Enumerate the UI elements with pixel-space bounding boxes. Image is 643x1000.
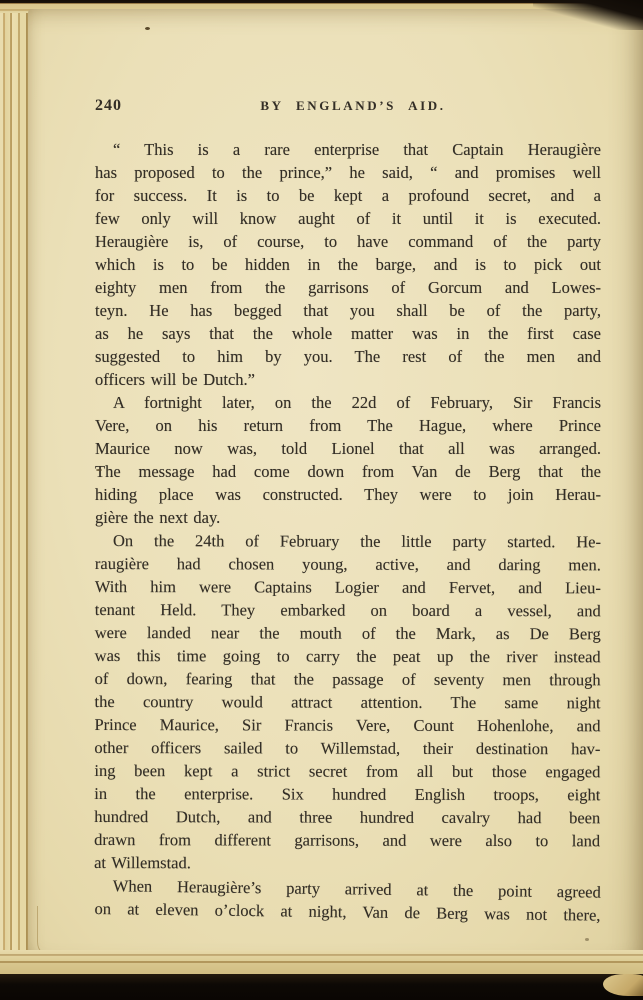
ink-speck — [96, 469, 102, 471]
text-line: “ This is a rare enterprise that Captain… — [95, 138, 601, 161]
text-line: of down, fearing that the passage of sev… — [95, 667, 601, 691]
book-page: 240 BY ENGLAND’S AID. “ This is a rare e… — [28, 9, 643, 969]
text-line: Heraugière is, of course, to have comman… — [95, 230, 601, 253]
text-line: other officers sailed to Willemstad, the… — [94, 736, 600, 760]
text-line: drawn from different garrisons, and were… — [94, 828, 600, 852]
text-line: at Willemstad. — [94, 851, 600, 875]
text-line: was this time going to carry the peat up… — [95, 644, 601, 668]
text-line: A fortnight later, on the 22d of Februar… — [95, 391, 601, 414]
page-edge-stack-bottom — [0, 950, 643, 976]
page-header: 240 BY ENGLAND’S AID. — [95, 97, 601, 121]
cover-corner-topright — [533, 0, 643, 30]
page-text: “ This is a rare enterprise that Captain… — [95, 138, 601, 920]
text-line: Maurice now was, told Lionel that all wa… — [95, 437, 601, 460]
paragraph: A fortnight later, on the 22d of Februar… — [95, 391, 601, 529]
text-line: hiding place was constructed. They were … — [95, 483, 601, 506]
book-cover-bottom — [0, 974, 643, 1000]
ink-speck — [145, 27, 150, 30]
page-content: 240 BY ENGLAND’S AID. “ This is a rare e… — [95, 97, 601, 920]
text-line: eighty men from the garrisons of Gorcum … — [95, 276, 601, 299]
text-line: raugière had chosen young, active, and d… — [95, 552, 601, 576]
page-number: 240 — [95, 97, 175, 115]
text-line: few only will know aught of it until it … — [95, 207, 601, 230]
book-scan: 240 BY ENGLAND’S AID. “ This is a rare e… — [0, 0, 643, 1000]
text-line: suggested to him by you. The rest of the… — [95, 345, 601, 368]
page-edge-stack-left — [0, 4, 30, 970]
text-line: as he says that the whole matter was in … — [95, 322, 601, 345]
text-line: officers will be Dutch.” — [95, 368, 601, 391]
text-line: in the enterprise. Six hundred English t… — [94, 782, 600, 806]
text-line: for success. It is to be kept a profound… — [95, 184, 601, 207]
text-line: Vere, on his return from The Hague, wher… — [95, 414, 601, 437]
text-line: which is to be hidden in the barge, and … — [95, 253, 601, 276]
text-line: hundred Dutch, and three hundred cavalry… — [94, 805, 600, 829]
paragraph: “ This is a rare enterprise that Captain… — [95, 138, 601, 391]
running-title: BY ENGLAND’S AID. — [175, 98, 531, 114]
text-line: On the 24th of February the little party… — [95, 529, 601, 553]
text-line: gière the next day. — [95, 506, 601, 529]
text-line: teyn. He has begged that you shall be of… — [95, 299, 601, 322]
text-line: the country would attract attention. The… — [95, 690, 601, 714]
text-line: were landed near the mouth of the Mark, … — [95, 621, 601, 645]
ink-speck — [585, 938, 589, 941]
text-line: With him were Captains Logier and Fervet… — [95, 575, 601, 599]
text-line: ing been kept a strict secret from all b… — [94, 759, 600, 783]
text-line: The message had come down from Van de Be… — [95, 460, 601, 483]
text-line: Prince Maurice, Sir Francis Vere, Count … — [94, 713, 600, 737]
text-line: has proposed to the prince,” he said, “ … — [95, 161, 601, 184]
paragraph: When Heraugière’s party arrived at the p… — [94, 874, 601, 927]
paragraph: On the 24th of February the little party… — [94, 529, 601, 875]
text-line: tenant Held. They embarked on board a ve… — [95, 598, 601, 622]
